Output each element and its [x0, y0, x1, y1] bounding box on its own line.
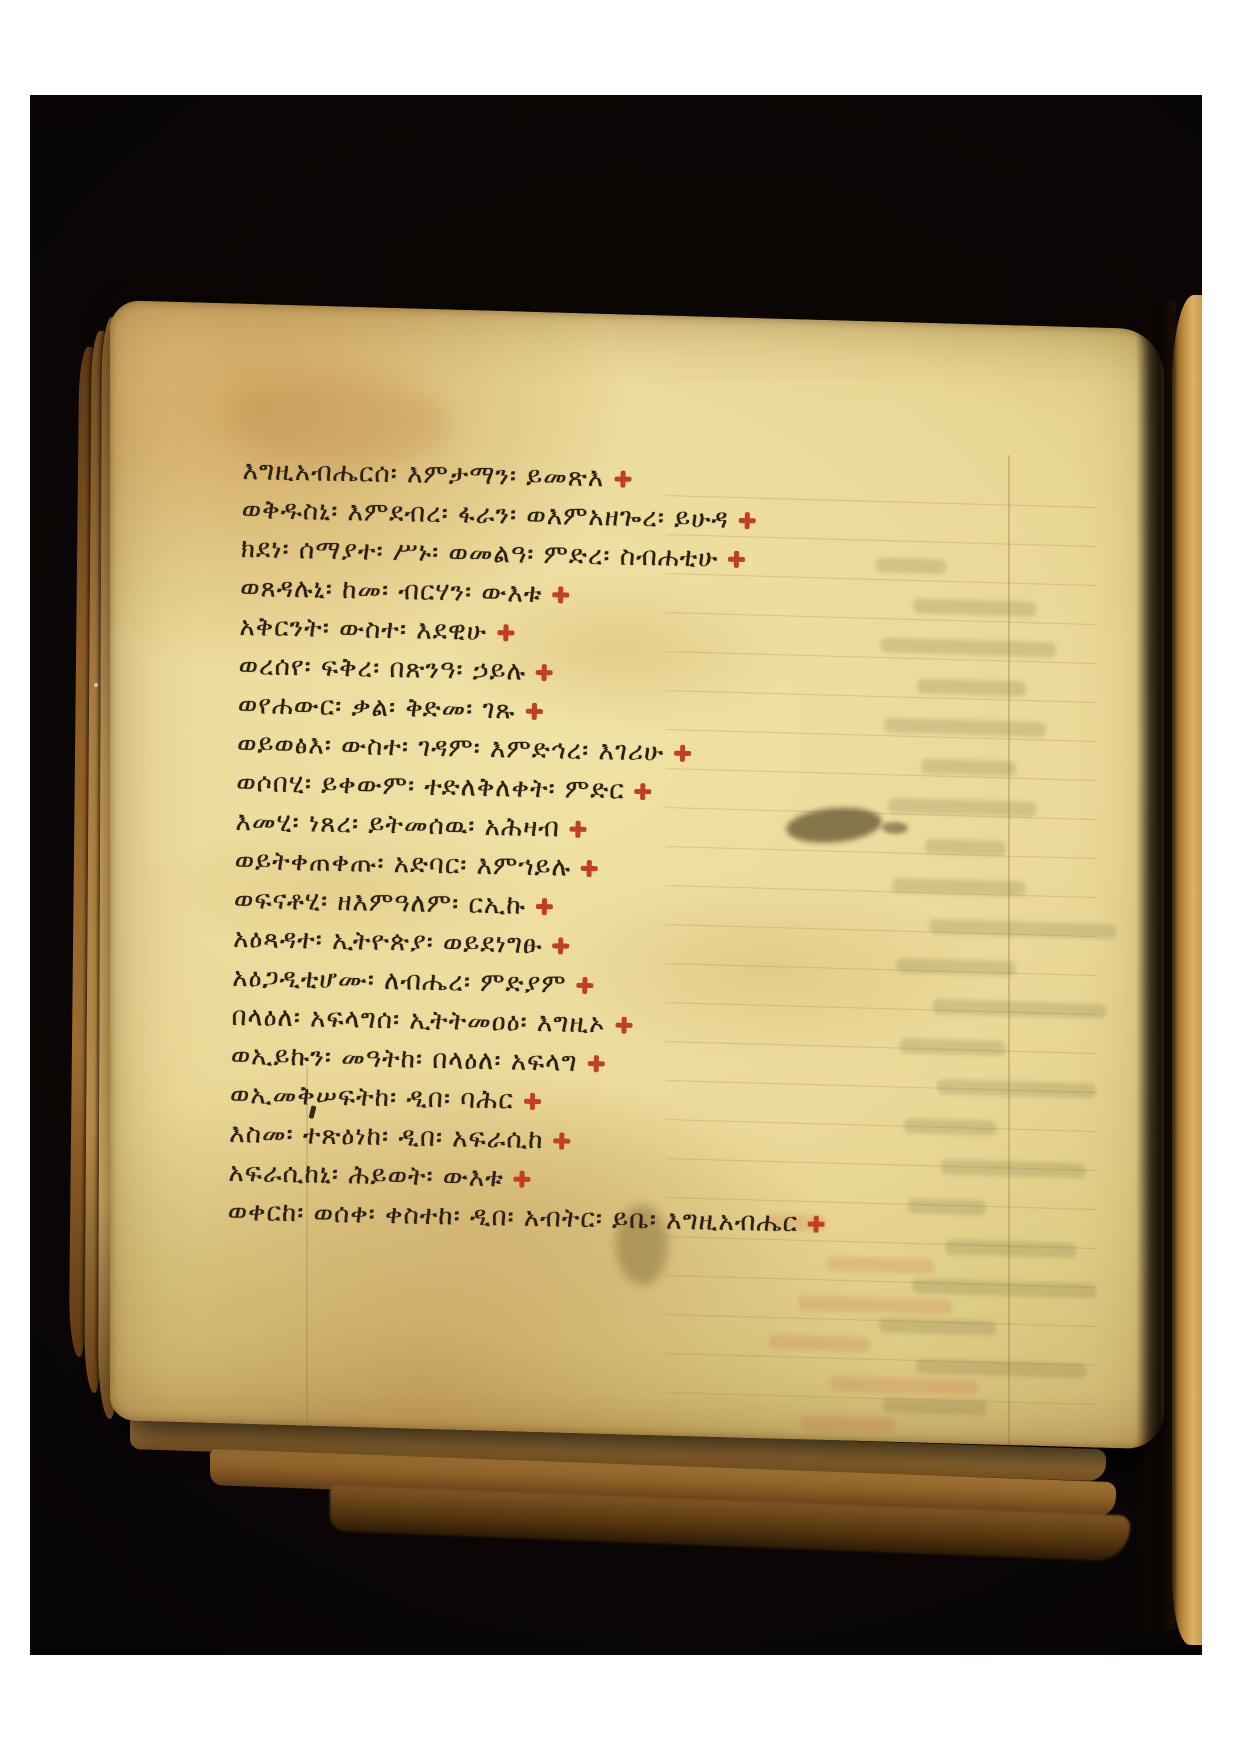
- line-text: አዕጋዲቲሆሙ፡ ለብሔረ፡ ምድያም: [232, 959, 567, 1005]
- cross-icon: [615, 1017, 632, 1034]
- cross-icon: [614, 470, 631, 487]
- text-block: እግዚአብሔርሰ፡ እምታማን፡ ይመጽእወቅዱስኒ፡ እምደብረ፡ ፋራን፡ …: [227, 452, 1022, 1247]
- bleed-mark: [916, 1359, 1086, 1379]
- bleed-mark-red: [830, 1376, 978, 1395]
- cross-icon: [738, 512, 755, 529]
- cross-icon: [576, 977, 593, 994]
- bleed-mark-red: [798, 1295, 952, 1314]
- cross-icon: [553, 1132, 570, 1149]
- line-text: እመሂ፡ ነጸረ፡ ይትመሰዉ፡ አሕዛብ: [235, 803, 560, 849]
- cross-icon: [552, 937, 569, 954]
- bleed-mark: [912, 1278, 1096, 1298]
- cross-icon: [808, 1215, 825, 1232]
- cross-icon: [536, 898, 553, 915]
- cross-icon: [514, 1171, 531, 1188]
- cross-icon: [525, 703, 542, 720]
- line-text: ወየሐውር፡ ቃል፡ ቅድመ፡ ገጹ: [238, 686, 516, 731]
- facing-page-sliver: [1172, 295, 1202, 1645]
- cross-icon: [570, 821, 587, 838]
- cross-icon: [587, 1055, 604, 1072]
- line-text: አቅርንት፡ ውስተ፡ እደዊሁ: [239, 608, 487, 652]
- cross-icon: [524, 1093, 541, 1110]
- line-text: ወረሰየ፡ ፍቅረ፡ በጽንዓ፡ ኃይሉ: [238, 647, 526, 692]
- photo-backdrop: እግዚአብሔርሰ፡ እምታማን፡ ይመጽእወቅዱስኒ፡ እምደብረ፡ ፋራን፡ …: [30, 95, 1202, 1655]
- bleed-mark-red: [801, 1415, 896, 1433]
- line-text: ወኢመቅሠፍትከ፡ ዲበ፡ ባሕር: [230, 1076, 514, 1121]
- line-text: ወፍናቶሂ፡ ዘእምዓለም፡ ርኢኩ: [234, 881, 527, 926]
- dust-speck: [94, 683, 98, 687]
- cross-icon: [728, 551, 745, 568]
- text-lines: እግዚአብሔርሰ፡ እምታማን፡ ይመጽእወቅዱስኒ፡ እምደብረ፡ ፋራን፡ …: [227, 452, 1022, 1247]
- bleed-mark: [879, 1317, 996, 1335]
- gutter-shadow: [1136, 300, 1176, 1630]
- line-text: አዕጻዳተ፡ ኢትዮጵያ፡ ወይደነግፁ: [233, 920, 543, 965]
- cross-icon: [634, 783, 651, 800]
- cross-icon: [674, 745, 691, 762]
- cross-icon: [581, 860, 598, 877]
- bleed-mark: [883, 1398, 986, 1416]
- line-text: ወይትቀጠቀጡ፡ አድባር፡ እምኀይሉ: [234, 842, 571, 888]
- bleed-mark-red: [827, 1256, 934, 1274]
- line-text: ወጸዳሉኒ፡ ከመ፡ ብርሃን፡ ውእቱ: [240, 569, 543, 614]
- cross-icon: [497, 624, 514, 641]
- cross-icon: [552, 586, 569, 603]
- line-text: እስመ፡ ተጽዕነከ፡ ዲበ፡ አፍራሲከ: [229, 1115, 544, 1160]
- bleed-mark-red: [769, 1334, 870, 1352]
- cross-icon: [536, 664, 553, 681]
- line-text: አፍራሲከኒ፡ ሕይወት፡ ውእቱ: [228, 1154, 504, 1199]
